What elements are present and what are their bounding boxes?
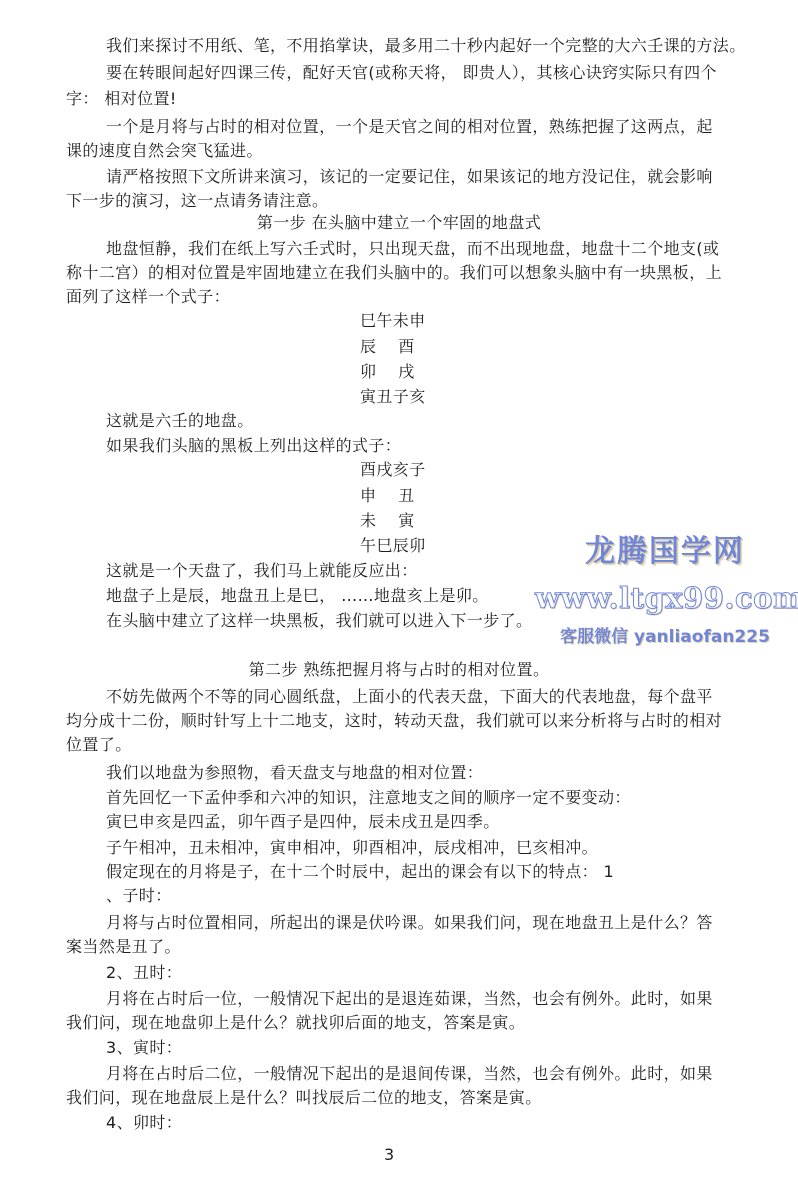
heaven-plate-caption: 这就是一个天盘了，我们马上就能反应出： — [106, 561, 418, 581]
heaven-plate-row-3: 未 寅 — [360, 511, 415, 531]
step2-six-clashes: 子午相冲，丑未相冲，寅申相冲，卯酉相冲，辰戌相冲，巳亥相冲。 — [106, 838, 598, 858]
watermark-contact: 客服微信 yanliaofan225 — [535, 625, 795, 649]
intro-paragraph-3-line-1: 一个是月将与占时的相对位置，一个是天官之间的相对位置，熟练把握了这两点，起 — [106, 117, 713, 137]
step2-paragraph-1-line-2: 均分成十二份，顺时针写上十二地支，这时，转动天盘，我们就可以来分析将与占时的相对 — [66, 711, 722, 731]
heaven-plate-row-1: 酉戌亥子 — [360, 460, 426, 480]
step2-paragraph-1-line-3: 位置了。 — [66, 735, 132, 755]
step2-paragraph-3: 首先回忆一下孟仲季和六冲的知识，注意地支之间的顺序一定不要变动： — [106, 788, 631, 808]
document-page: 我们来探讨不用纸、笔，不用掐掌诀，最多用二十秒内起好一个完整的大六壬课的方法。 … — [0, 0, 798, 1196]
step2-heading: 第二步 熟练把握月将与占时的相对位置。 — [0, 660, 798, 680]
intro-paragraph-3-line-2: 课的速度自然会突飞猛进。 — [66, 141, 263, 161]
heaven-plate-intro: 如果我们头脑的黑板上列出这样的式子： — [106, 436, 401, 456]
item4-label: 4、卯时： — [106, 1113, 182, 1133]
item3-label: 3、寅时： — [106, 1038, 182, 1058]
heaven-plate-row-2: 申 丑 — [360, 486, 415, 506]
heaven-plate-row-4: 午巳辰卯 — [360, 536, 426, 556]
intro-paragraph-4-line-1: 请严格按照下文所讲来演习，该记的一定要记住，如果该记的地方没记住，就会影响 — [106, 167, 713, 187]
item1-line-1: 月将与占时位置相同，所起出的课是伏吟课。如果我们问，现在地盘丑上是什么？答 — [106, 913, 713, 933]
step2-meng-zhong-ji: 寅巳申亥是四孟，卯午酉子是四仲，辰未戌丑是四季。 — [106, 812, 500, 832]
item3-line-1: 月将在占时后二位，一般情况下起出的是退间传课，当然，也会有例外。此时，如果 — [106, 1064, 713, 1084]
item2-line-1: 月将在占时后一位，一般情况下起出的是退连茹课，当然，也会有例外。此时，如果 — [106, 989, 713, 1009]
intro-paragraph-4-line-2: 下一步的演习，这一点请务请注意。 — [66, 191, 328, 211]
intro-paragraph-1: 我们来探讨不用纸、笔，不用掐掌诀，最多用二十秒内起好一个完整的大六壬课的方法。 — [106, 36, 746, 56]
item3-line-2: 我们问，现在地盘辰上是什么？叫找辰后二位的地支，答案是寅。 — [66, 1088, 542, 1108]
earth-plate-caption: 这就是六壬的地盘。 — [106, 411, 254, 431]
page-number: 3 — [384, 1145, 394, 1165]
watermark-url: www.ltgx99.com — [535, 580, 795, 616]
step1-paragraph-line-2: 称十二宫）的相对位置是牢固地建立在我们头脑中的。我们可以想象头脑中有一块黑板，上 — [66, 263, 722, 283]
plate-mapping-text: 地盘子上是辰，地盘丑上是巳， ……地盘亥上是卯。 — [106, 586, 489, 606]
watermark-title: 龙腾国学网 — [535, 533, 795, 571]
earth-plate-row-4: 寅丑子亥 — [360, 387, 426, 407]
step1-closing: 在头脑中建立了这样一块黑板，我们就可以进入下一步了。 — [106, 611, 532, 631]
intro-paragraph-2-line-2: 字： 相对位置! — [66, 89, 177, 109]
item2-line-2: 我们问，现在地盘卯上是什么？就找卯后面的地支，答案是寅。 — [66, 1013, 525, 1033]
step1-paragraph-line-1: 地盘恒静，我们在纸上写六壬式时，只出现天盘，而不出现地盘，地盘十二个地支(或 — [106, 239, 719, 259]
earth-plate-row-2: 辰 酉 — [360, 337, 415, 357]
item1-line-2: 案当然是丑了。 — [66, 937, 181, 957]
item2-label: 2、丑时： — [106, 963, 182, 983]
earth-plate-row-3: 卯 戌 — [360, 362, 415, 382]
item1-label: 、子时： — [106, 886, 172, 906]
intro-paragraph-2-line-1: 要在转眼间起好四课三传，配好天官(或称天将， 即贵人），其核心诀窍实际只有四个 — [106, 63, 717, 83]
step1-heading: 第一步 在头脑中建立一个牢固的地盘式 — [0, 213, 798, 233]
step2-paragraph-1-line-1: 不妨先做两个不等的同心圆纸盘，上面小的代表天盘，下面大的代表地盘，每个盘平 — [106, 687, 713, 707]
step1-paragraph-line-3: 面列了这样一个式子： — [66, 287, 230, 307]
step2-paragraph-2: 我们以地盘为参照物，看天盘支与地盘的相对位置： — [106, 763, 483, 783]
earth-plate-row-1: 巳午未申 — [360, 311, 426, 331]
step2-assumption: 假定现在的月将是子，在十二个时辰中，起出的课会有以下的特点： 1 — [106, 862, 614, 882]
